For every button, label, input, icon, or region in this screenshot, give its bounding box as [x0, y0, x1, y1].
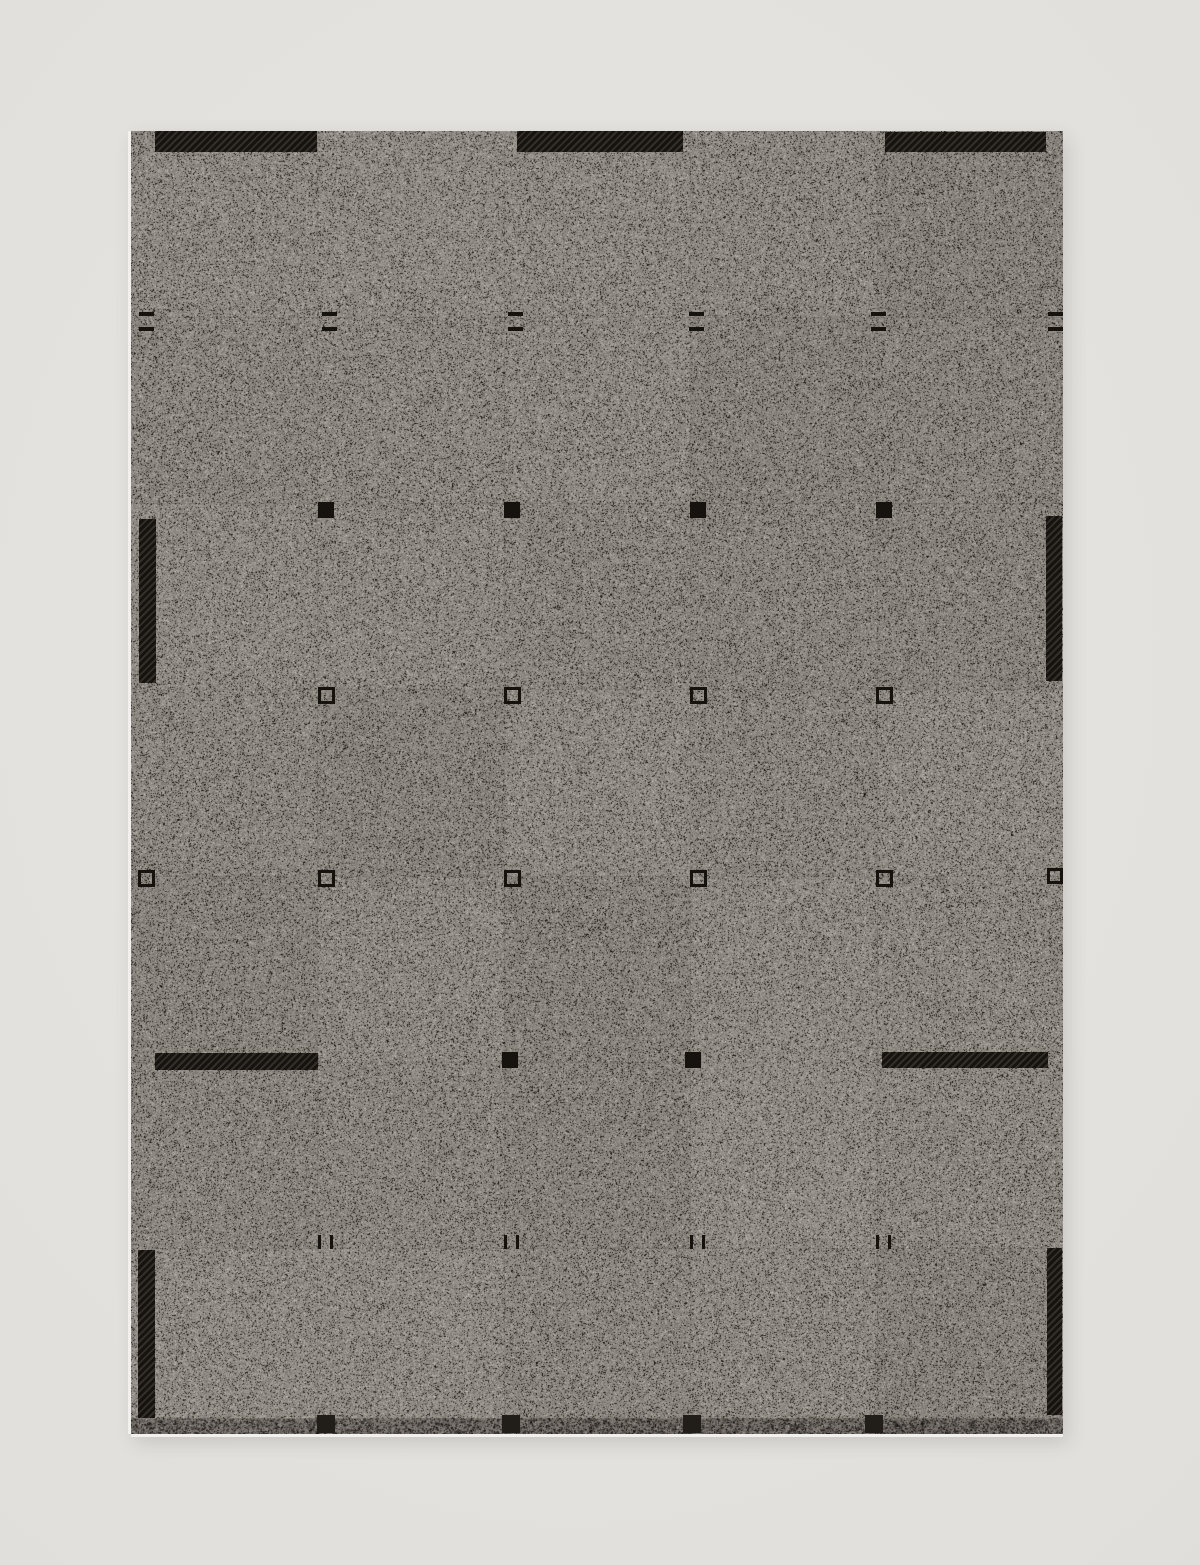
equals-mark [689, 312, 704, 331]
outline-square [318, 870, 335, 887]
outline-square [690, 687, 707, 704]
equals-mark [1048, 312, 1063, 331]
left-edge-bar [138, 1250, 155, 1418]
top-bar [885, 132, 1046, 152]
solid-square [876, 502, 892, 518]
equals-mark [508, 312, 523, 331]
left-edge-bar [139, 519, 156, 683]
right-edge-bar [1047, 1248, 1062, 1415]
backdrop [0, 0, 1200, 1565]
solid-square [690, 502, 706, 518]
solid-square [685, 1052, 701, 1068]
marks-layer [131, 131, 1063, 1434]
pipes-mark [318, 1235, 333, 1249]
equals-mark [322, 312, 337, 331]
bottom-square [865, 1415, 883, 1433]
outline-square [1047, 868, 1063, 884]
outline-square [504, 687, 521, 704]
outline-square [876, 870, 893, 887]
outline-square [318, 687, 335, 704]
right-edge-bar [1046, 516, 1062, 681]
pipes-mark [504, 1235, 519, 1249]
outline-square [876, 687, 893, 704]
row-bar [882, 1052, 1048, 1068]
outline-square [504, 870, 521, 887]
pipes-mark [690, 1235, 705, 1249]
top-bar [155, 131, 317, 152]
row-bar [155, 1053, 318, 1070]
artwork-sheet [131, 131, 1063, 1434]
solid-square [502, 1052, 518, 1068]
outline-square [690, 870, 707, 887]
bottom-square [683, 1415, 701, 1433]
equals-mark [139, 312, 154, 331]
bottom-square [317, 1415, 335, 1433]
equals-mark [871, 312, 886, 331]
top-bar [517, 131, 683, 152]
solid-square [318, 502, 334, 518]
pipes-mark [876, 1235, 891, 1249]
artwork-photo: { "scene": { "background_color": "#e2e0d… [0, 0, 1200, 1565]
bottom-square [502, 1415, 520, 1433]
outline-square [138, 870, 155, 887]
solid-square [504, 502, 520, 518]
